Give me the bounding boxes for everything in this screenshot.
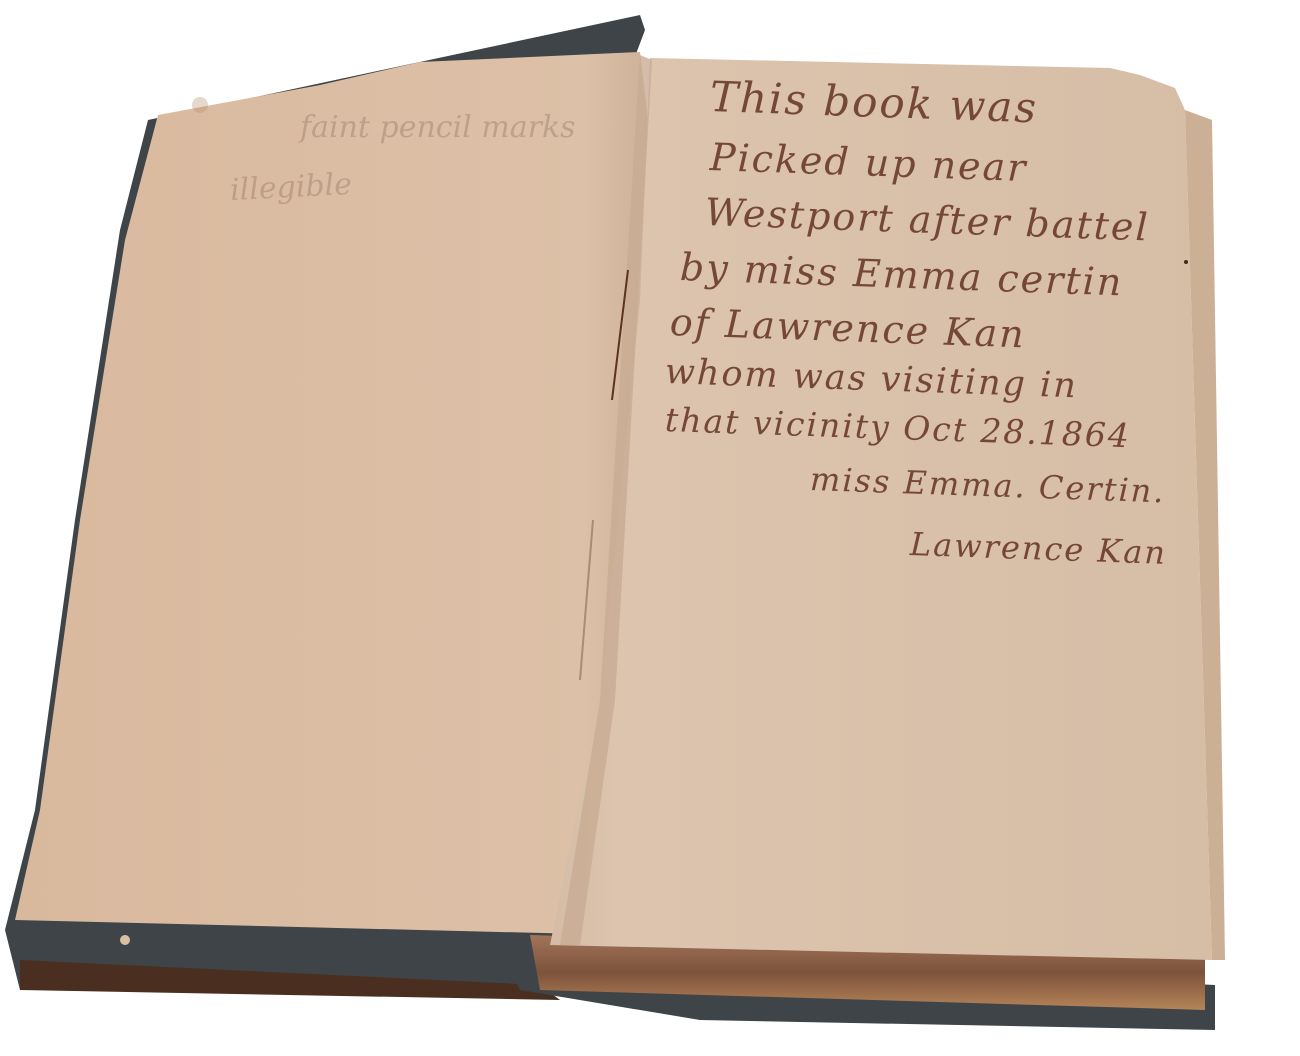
inscription-line-3: Westport after battel [704,190,1150,249]
inscription-line-1: This book was [709,72,1039,132]
left-page-faint-mark: faint pencil marks [300,110,576,145]
signature-place: Lawrence Kan [909,525,1167,572]
left-page-faint-mark: illegible [229,167,353,208]
handwriting-layer: faint pencil marks illegible This book w… [0,0,1300,1056]
inscription-line-7: that vicinity Oct 28.1864 [664,400,1131,455]
inscription-line-6: whom was visiting in [664,352,1078,406]
inscription-line-4: by miss Emma certin [679,245,1124,304]
inscription-line-2: Picked up near [709,135,1028,190]
inscription-line-5: of Lawrence Kan [669,300,1026,356]
book-photo: faint pencil marks illegible This book w… [0,0,1300,1056]
signature-name: miss Emma. Certin. [809,460,1166,510]
